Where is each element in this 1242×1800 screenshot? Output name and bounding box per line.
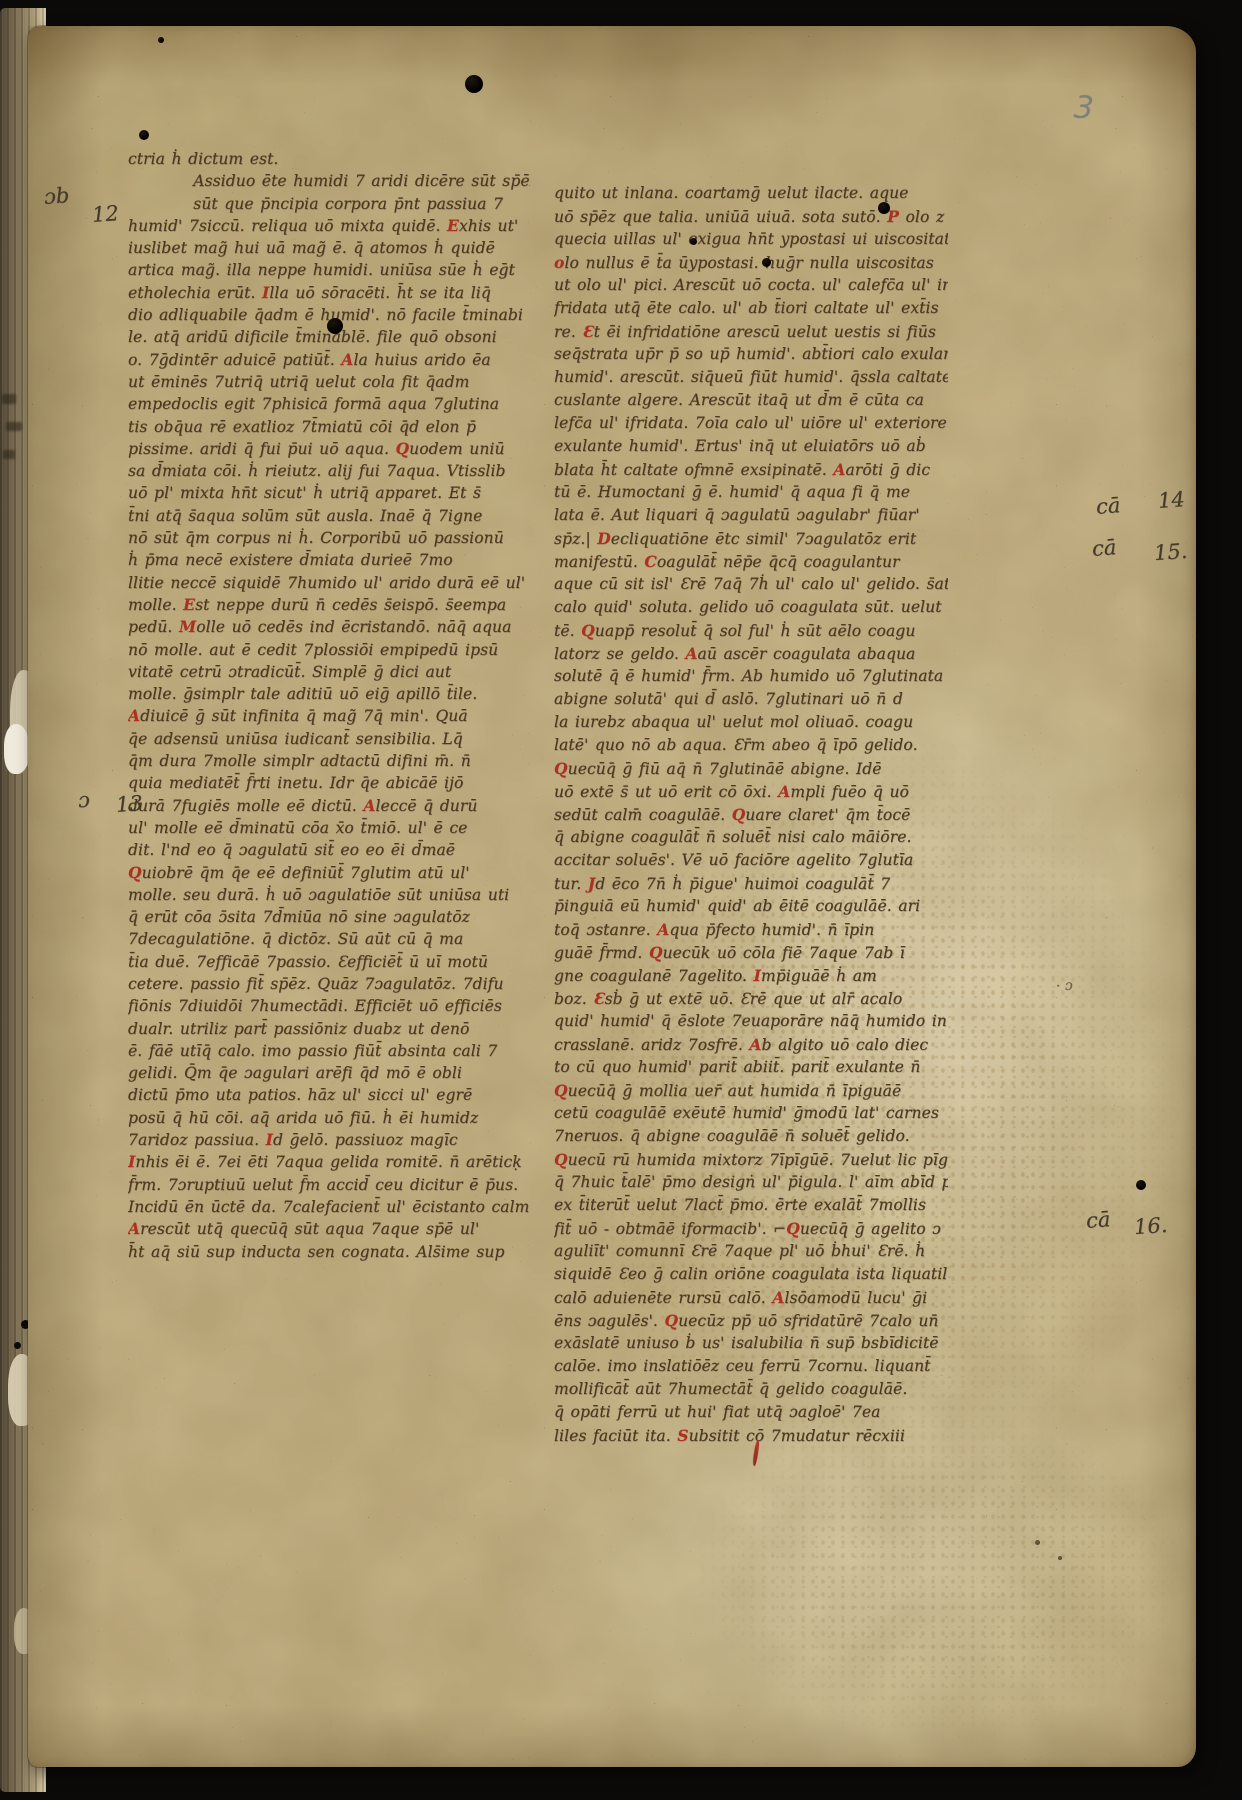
text-line: liles faciūt ita. Subsitit cō 7mudatur r… (554, 1424, 948, 1447)
text-line: cetere. passio fit̄ sp̄ēz. Quāz 7ɔagulat… (128, 973, 530, 995)
rubricated-initial: o (554, 253, 564, 272)
text-line: uō extē s̄ ut uō erit cō ōxi. Ampli fuēo… (554, 780, 948, 803)
margin-note: 14 (1157, 487, 1185, 513)
text-line: humid'. arescūt. siq̄ueū fiūt humid'. q̄… (554, 366, 948, 389)
text-line: re. Ɛt ēi infridatiōne arescū uelut uest… (554, 320, 948, 343)
text-line: ul' molle eē d̄minatū cōa x̄o t̄miō. ul'… (128, 817, 530, 839)
gutter-spot (14, 1342, 21, 1349)
text-line: molle. ḡsimplr tale aditiū uō eiḡ apillō… (128, 683, 530, 705)
rubricated-initial: Q (664, 1311, 678, 1330)
vellum-follicle-pattern (688, 1406, 1196, 1746)
text-line: blata h̄t caltate ofmnē exsipinatē. Aarō… (554, 458, 948, 481)
text-line: uō pl' mixta hn̄t sicut' ḣ utriq̄ appare… (128, 482, 530, 504)
text-line: quid' humid' q̄ ēslote 7euaporāre nāq̄ h… (554, 1010, 948, 1033)
text-line: artica mag̃. illa neppe humidi. uniūsa s… (128, 259, 530, 281)
text-line: q̄ 7huic t̄alē' p̄mo desigṅ ul' p̄igula.… (554, 1171, 948, 1194)
margin-note: 16. (1133, 1213, 1168, 1239)
margin-note: · ɔ (1055, 977, 1073, 994)
text-line: Quecū rū humida mixtorz 7īpīgūē. 7uelut … (554, 1148, 948, 1171)
parchment-hole (878, 202, 890, 214)
rubricated-initial: I (266, 1130, 273, 1149)
rubricated-initial: Q (128, 863, 142, 882)
parchment-hole (158, 37, 164, 43)
bleed-through-marks (2, 394, 16, 404)
text-line: to cū quo humid' parit̄ abiit̄. parit̄ e… (554, 1056, 948, 1079)
text-line: q̄ erūt cōa ɔ̄sita 7d̄miūa nō sine ɔagul… (128, 906, 530, 928)
text-line: exāslatē uniuso ḃ us' isalubilia n̄ sup̄… (554, 1332, 948, 1355)
rubricated-initial: A (128, 706, 140, 725)
rubricated-initial: M (179, 617, 196, 636)
text-line: calo quid' soluta. gelido uō coagulata s… (554, 596, 948, 619)
margin-note: cā (1095, 493, 1121, 519)
margin-note: ɔb (43, 183, 70, 209)
text-line: t̄ia duē. 7efficāē 7passio. Ɛefficiēt̄ ū… (128, 951, 530, 973)
text-line: siquidē Ɛeo ḡ calin oriōne coagulata ist… (554, 1263, 948, 1286)
text-line: ē. fāē utīq̄ calo. imo passio fiūt̄ absi… (128, 1040, 530, 1062)
rubricated-initial: Q (554, 1150, 568, 1169)
text-line: tis obq̄ua rē exatlioz 7t̄miatū cōi q̄d … (128, 416, 530, 438)
text-line: toq̄ ɔstanre. Aqua p̄fecto humid'. n̄ īp… (554, 918, 948, 941)
text-line: la iurebz abaqua ul' uelut mol oliuaō. c… (554, 711, 948, 734)
text-line: sa d̄miata cōi. ḣ rieiutz. alij fui 7aqu… (128, 460, 530, 482)
text-line: cuslante algere. Arescūt itaq̄ ut d̄m ē … (554, 389, 948, 412)
text-line: aque cū sit isl' Ɛrē 7aq̄ 7ḣ ul' calo ul… (554, 573, 948, 596)
margin-note: cā (1091, 535, 1117, 561)
rubricated-initial: Q (554, 1081, 568, 1100)
text-line: durā 7fugiēs molle eē dictū. Aleccē q̄ d… (128, 795, 530, 817)
text-line: empedoclis egit 7phisicā formā aqua 7glu… (128, 393, 530, 415)
text-line: f̄rm. 7ɔruptiuū uelut f̄m accid̄ ceu dic… (128, 1174, 530, 1196)
rubricated-initial: I (128, 1152, 135, 1171)
text-line: q̄ opāti ferrū ut hui' fiat utq̄ ɔagloē'… (554, 1401, 948, 1424)
text-line: t̄ni atq̄ s̄aqua solūm sūt ausla. Inaē q… (128, 505, 530, 527)
text-line: q̄m dura 7molle simplr adtactū difini m̄… (128, 750, 530, 772)
rubricated-initial: Q (732, 805, 746, 824)
parchment-hole (762, 258, 771, 267)
text-column-right: quito ut inlana. coartamḡ uelut ilacte. … (554, 182, 948, 1447)
text-line: accitar soluēs'. Vē uō faciōre agelito 7… (554, 849, 948, 872)
text-line: etholechia erūt. Illa uō sōracēti. h̄t s… (128, 282, 530, 304)
text-line: q̄ abigne coagulāt̄ n̄ soluēt̄ nisi calo… (554, 826, 948, 849)
parchment-tear (4, 724, 30, 774)
text-line: ḣ p̄ma necē existere d̄miata durieē 7mo (128, 549, 530, 571)
text-line: Quiobrē q̄m q̄e eē definiūt̄ 7glutim atū… (128, 862, 530, 884)
text-line: gne coagulanē 7agelito. Imp̄iguāē ḣ am (554, 964, 948, 987)
text-line: sp̄z.| Decliquatiōne ētc simil' 7ɔagulat… (554, 527, 948, 550)
text-line: quia mediatēt̄ f̄rti inetu. Idr q̄e abic… (128, 772, 530, 794)
text-line: gelidi. Q̄m q̄e ɔagulari arēfi q̄d mō ē … (128, 1062, 530, 1084)
text-line: fridata utq̄ ēte calo. ul' ab t̄iori cal… (554, 297, 948, 320)
text-line: tū ē. Humoctani ḡ ē. humid' q̄ aqua fi q… (554, 481, 948, 504)
text-line: 7aridoz passiua. Id ḡelō. passiuoz magīc (128, 1129, 530, 1151)
parchment-hole (139, 130, 149, 140)
rubricated-initial: I (262, 283, 269, 302)
text-line: pissime. aridi q̄ fui p̄ui uō aqua. Quod… (128, 438, 530, 460)
text-line: seq̄strata up̄r p̄ so up̄ humid'. abt̄io… (554, 343, 948, 366)
text-line: o. 7ḡdintēr aduicē patiūt̄. Ala huius ar… (128, 349, 530, 371)
bleed-through-marks (3, 450, 15, 459)
text-line: lata ē. Aut liquari q̄ ɔagulatū ɔagulabr… (554, 504, 948, 527)
text-line: q̄e adsensū uniūsa iudicant̄ sensibilia.… (128, 728, 530, 750)
rubricated-initial: A (778, 782, 790, 801)
text-line: humid' 7siccū. reliqua uō mixta quidē. E… (128, 215, 530, 237)
text-line: 7neruos. q̄ abigne coagulāē n̄ soluēt̄ g… (554, 1125, 948, 1148)
parchment-hole (327, 318, 343, 334)
text-line: molle. Est neppe durū n̄ cedēs s̄eispō. … (128, 594, 530, 616)
rubricated-initial: J (588, 874, 595, 893)
text-column-left: ctria ḣ dictum est. Assiduo ēte humidi 7… (128, 148, 530, 1263)
text-line: dualr. utriliz part̄ passiōniz duabz ut … (128, 1018, 530, 1040)
text-line: tē. Quapp̄ resolut̄ q̄ sol ful' ḣ sūt aē… (554, 619, 948, 642)
text-line: olo nullus ē t̄a ūypostasi. huḡr nulla u… (554, 251, 948, 274)
rubricated-initial: S (677, 1426, 688, 1445)
text-line: molle. seu durā. ḣ uō ɔagulatiōe sūt uni… (128, 884, 530, 906)
margin-note: cā (1085, 1207, 1111, 1233)
text-line: manifestū. Coagulāt̄ nēp̄e q̄cq̄ coagula… (554, 550, 948, 573)
text-line: Assiduo ēte humidi 7 aridi dicēre sūt sp… (128, 170, 530, 192)
text-line: boz. Ɛsḃ ḡ ut extē uō. Ɛrē que ut alr̄ a… (554, 987, 948, 1010)
text-line: mollificāt̄ aūt 7humectāt̄ q̄ gelido coa… (554, 1378, 948, 1401)
text-line: calō aduienēte rursū calō. Alsōamodū luc… (554, 1286, 948, 1309)
text-line: lefc̄a ul' ifridata. 7oīa calo ul' uiōre… (554, 412, 948, 435)
parchment-hole (1136, 1180, 1146, 1190)
parchment-hole (1035, 1540, 1040, 1545)
text-line: ex t̄iterūt̄ uelut 7lact̄ p̄mo. ērte exa… (554, 1194, 948, 1217)
text-line: Quecūq̄ ḡ fiū aq̄ n̄ 7glutināē abigne. I… (554, 757, 948, 780)
text-line: Quecūq̄ ḡ mollia uer̄ aut humida n̄ īpig… (554, 1079, 948, 1102)
text-line: Inhis ēi ē. 7ei ēti 7aqua gelida romitē.… (128, 1151, 530, 1173)
rubricated-initial: Ɛ (582, 322, 593, 341)
text-line: dit. l'nd eo q̄ ɔagulatū sit̄ eo eo ēi d… (128, 839, 530, 861)
text-line: pedū. Molle uō cedēs ind ēcristandō. nāq… (128, 616, 530, 638)
rubricated-initial: A (749, 1035, 761, 1054)
text-line: solutē q̄ ē humid' f̄rm. Ab humido uō 7g… (554, 665, 948, 688)
text-line: h̄t aq̄ siū sup inducta sen cognata. Als… (128, 1241, 530, 1263)
text-line: ut ēminēs 7utriq̄ utriq̄ uelut cola fit … (128, 371, 530, 393)
text-line: p̄inguiā eū humid' quid' ab ēitē coagulā… (554, 895, 948, 918)
text-line: nō molle. aut ē cedit 7plossiōi empipedū… (128, 639, 530, 661)
text-line: 7decagulatiōne. q̄ dictōz. Sū aūt cū q̄ … (128, 928, 530, 950)
rubricated-initial: Q (396, 439, 410, 458)
text-line: fiōnis 7diuidōi 7humectādi. Efficiēt uō … (128, 995, 530, 1017)
rubricated-initial: E (183, 595, 195, 614)
rubricated-initial: Q (649, 943, 663, 962)
text-line: posū q̄ hū cōi. aq̄ arida uō fiū. ḣ ēi h… (128, 1107, 530, 1129)
margin-note: 13 (115, 791, 143, 817)
text-line: exulante humid'. Ertus' inq̄ ut eluiatōr… (554, 435, 948, 458)
rubricated-initial: A (128, 1219, 140, 1238)
text-line: Adiuicē ḡ sūt infinita q̄ mag̃ 7q̄ min'.… (128, 705, 530, 727)
text-line: quito ut inlana. coartamḡ uelut ilacte. … (554, 182, 948, 205)
rubricated-initial: A (363, 796, 375, 815)
photographed-manuscript: { "page": { "folio_number": "3", "parchm… (0, 0, 1242, 1800)
margin-note: ɔ (77, 788, 90, 813)
rubricated-initial: A (657, 920, 669, 939)
text-line: abigne solutā' qui d̄ aslō. 7glutinari u… (554, 688, 948, 711)
rubricated-initial: Q (554, 759, 568, 778)
text-line: quecia uillas ul' exigua hn̄t ypostasi u… (554, 228, 948, 251)
text-line: iuslibet mag̃ hui uā mag̃ ē. q̄ atomos ḣ… (128, 237, 530, 259)
text-line: sedūt calm̄ coagulāē. Quare claret' q̄m … (554, 803, 948, 826)
rubricated-initial: A (772, 1288, 784, 1307)
margin-note: 15. (1153, 539, 1188, 565)
parchment-hole (690, 238, 697, 245)
text-line: crasslanē. aridz 7osfrē. Ab algito uō ca… (554, 1033, 948, 1056)
rubricated-initial: Ɛ (593, 989, 604, 1008)
text-line: dictū p̄mo uta patios. hāz ul' sicci ul'… (128, 1084, 530, 1106)
text-line: aguliīt' comunnī Ɛrē 7aque pl' uō ḃhui' … (554, 1240, 948, 1263)
rubricated-initial: Q (581, 621, 595, 640)
text-line: calōe. imo inslatiōēz ceu ferrū 7cornu. … (554, 1355, 948, 1378)
margin-note: 12 (91, 201, 119, 227)
text-line: nō sūt q̄m corpus ni ḣ. Corporibū uō pas… (128, 527, 530, 549)
text-line: guāē f̄rmd. Quecūk uō cōla fiē 7aque 7ab… (554, 941, 948, 964)
text-line: llitie neccē siquidē 7humido ul' arido d… (128, 572, 530, 594)
text-line: Arescūt utq̄ quecūq̄ sūt aqua 7aque sp̄ē… (128, 1218, 530, 1240)
rubricated-initial: E (447, 216, 459, 235)
text-line: latē' quo nō ab aqua. Ɛr̄m abeo q̄ īpō g… (554, 734, 948, 757)
parchment-hole (465, 75, 483, 93)
rubricated-initial: A (341, 350, 353, 369)
rubricated-initial: I (754, 966, 761, 985)
rubricated-initial: Q (786, 1219, 800, 1238)
text-line: latorz se geldo. Aaū ascēr coagulata aba… (554, 642, 948, 665)
text-line: ēns ɔagulēs'. Quecūz pp̄ uō sfridatūrē 7… (554, 1309, 948, 1332)
text-line: ut olo ul' pici. Arescūt uō cocta. ul' c… (554, 274, 948, 297)
bleed-through-marks (6, 422, 22, 431)
folio-number: 3 (1073, 89, 1095, 126)
text-line: ctria ḣ dictum est. (128, 148, 530, 170)
text-line: cetū coagulāē exēutē humid' ḡmodū lat' c… (554, 1102, 948, 1125)
rubricated-initial: D (597, 529, 611, 548)
text-line: vitatē cetrū ɔtradicūt̄. Simplē ḡ dici a… (128, 661, 530, 683)
rubricated-initial: C (644, 552, 656, 571)
rubricated-initial: A (833, 460, 845, 479)
text-line: sūt que p̄ncipia corpora p̄nt passiua 7 (128, 193, 530, 215)
text-line: Incidū ēn ūctē da. 7calefacient̄ ul' ēci… (128, 1196, 530, 1218)
text-line: tur. Jd ēco 7n̄ ḣ p̄igue' huimoi coagulā… (554, 872, 948, 895)
rubricated-initial: A (685, 644, 697, 663)
manuscript-page: 3 ctria ḣ dictum est. Assiduo ēte humidi… (28, 26, 1196, 1767)
parchment-hole (1058, 1556, 1062, 1560)
text-line: fit̄ uō - obtmāē iformacib'. ⌐Quecūq̄ ḡ … (554, 1217, 948, 1240)
